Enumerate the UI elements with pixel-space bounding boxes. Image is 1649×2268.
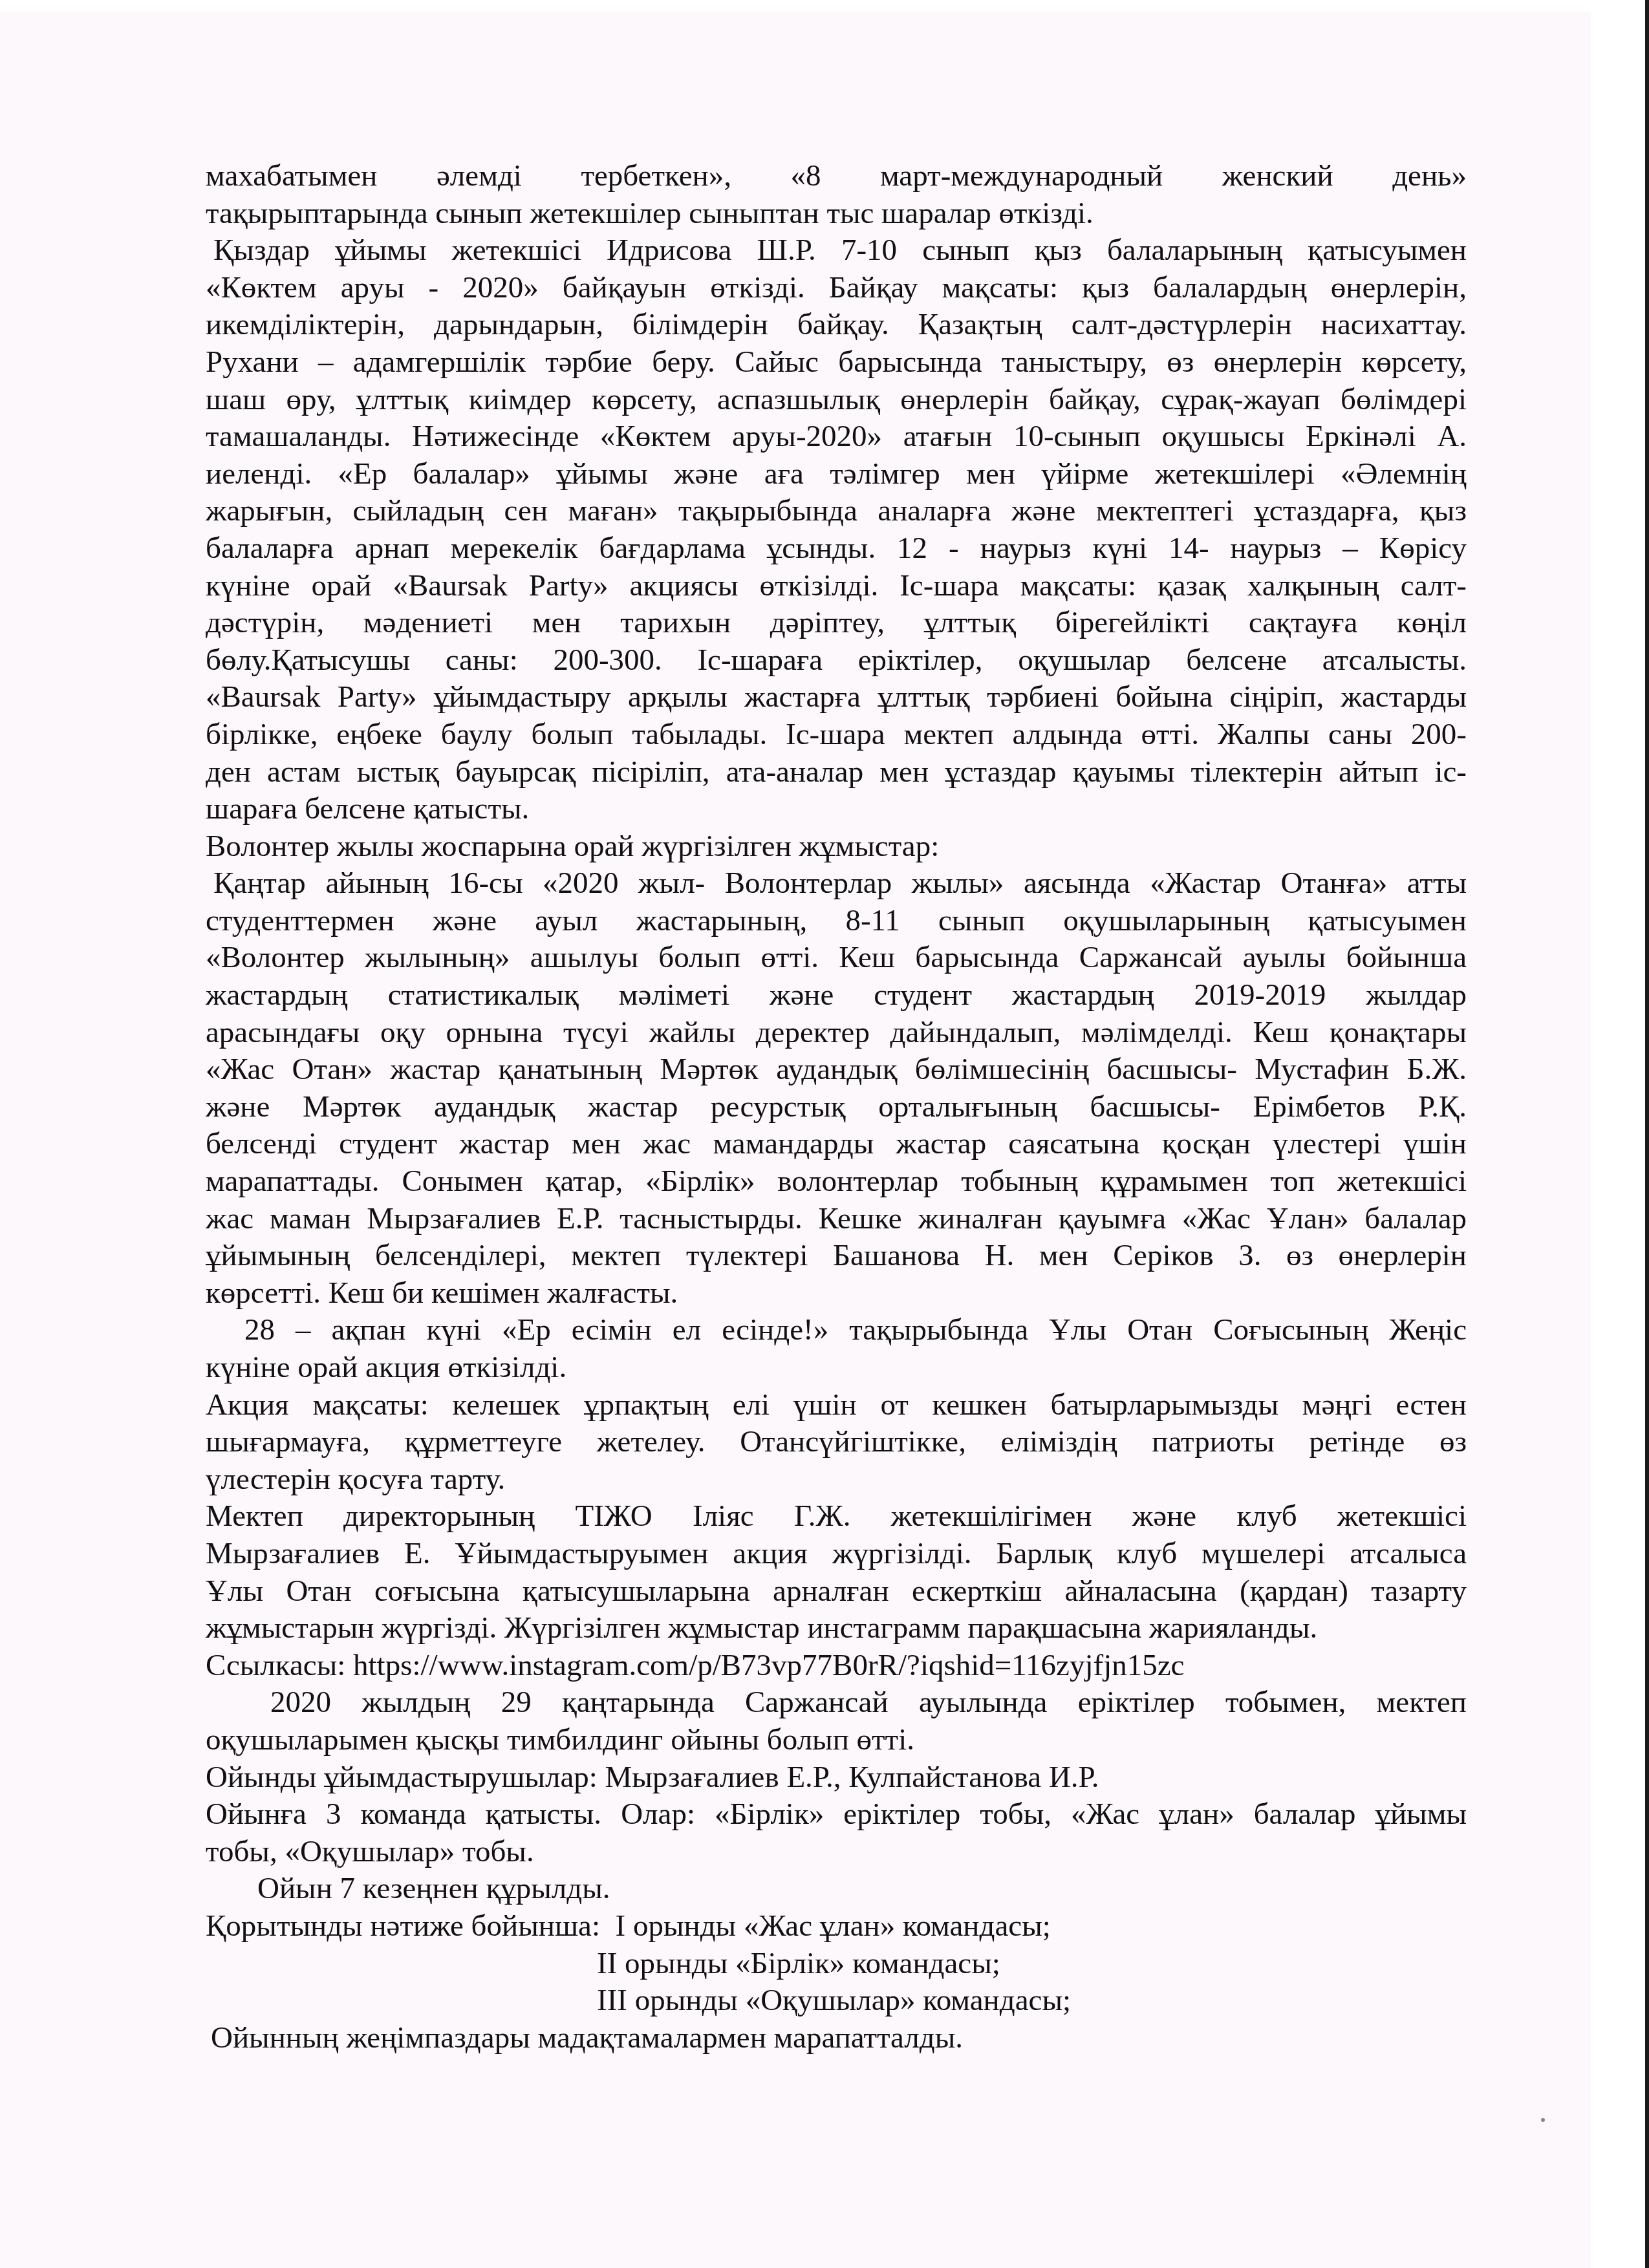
text-line: және Мәртөк аудандық жастар ресурстық ор… [206, 1089, 1467, 1126]
place-third: III орынды «Оқушылар» командасы; [206, 1982, 1467, 2020]
paragraph-girls-organization: Қыздар ұйымы жетекшісі Идрисова Ш.Р. 7-1… [206, 232, 1467, 828]
place-first: I орынды «Жас ұлан» командасы; [616, 1909, 1051, 1943]
text-line: 28 – ақпан күні «Ер есімін ел есінде!» т… [206, 1312, 1467, 1349]
text-line: Мырзағалиев Е. Ұйымдастыруымен акция жүр… [206, 1535, 1467, 1573]
text-line: студенттермен және ауыл жастарының, 8-11… [206, 903, 1467, 940]
text-line: марапаттады. Сонымен қатар, «Бірлік» вол… [206, 1163, 1467, 1201]
text-line: ден астам ыстық бауырсақ пісіріліп, ата-… [206, 754, 1467, 791]
text-line: тобы, «Оқушылар» тобы. [206, 1834, 1467, 1871]
text-line: тамашаланды. Нәтижесінде «Көктем аруы-20… [206, 418, 1467, 456]
text-line: жастардың статистикалық мәліметі және ст… [206, 977, 1467, 1014]
scan-edge-border [1645, 0, 1649, 2268]
text-line: Ұлы Отан соғысына қатысушыларына арналға… [206, 1573, 1467, 1610]
link-label: Ссылкасы: [206, 1649, 345, 1682]
results-intro: Қорытынды нәтиже бойынша: [206, 1909, 600, 1943]
text-line: арасындағы оқу орнына түсуі жайлы дерект… [206, 1014, 1467, 1052]
text-line: жарығын, сыйладың сен маған» тақырыбында… [206, 493, 1467, 530]
text-line: шараға белсене қатысты. [206, 791, 1467, 828]
text-line: ұйымының белсенділері, мектеп түлектері … [206, 1237, 1467, 1275]
text-line: тақырыптарында сынып жетекшілер сыныптан… [206, 195, 1467, 233]
text-line: дәстүрін, мәдениеті мен тарихын дәріптеу… [206, 604, 1467, 642]
text-line: Ойын 7 кезеңнен құрылды. [206, 1870, 1467, 1908]
text-line: бірлікке, еңбеке баулу болып табылады. І… [206, 716, 1467, 754]
paragraph-organizers: Ойынды ұйымдастырушылар: Мырзағалиев Е.Р… [206, 1759, 1467, 1797]
text-line: көрсетті. Кеш би кешімен жалғасты. [206, 1275, 1467, 1312]
text-line: белсенді студент жастар мен жас мамандар… [206, 1126, 1467, 1163]
instagram-link[interactable]: https://www.instagram.com/p/B73vp77B0rR/… [353, 1649, 1184, 1682]
paragraph-volunteer-year-opening: Қаңтар айының 16-сы «2020 жыл- Волонтерл… [206, 865, 1467, 1312]
text-line: Волонтер жылы жоспарына орай жүргізілген… [206, 828, 1467, 866]
paragraph-awards: Ойынның жеңімпаздары мадақтамалармен мар… [206, 2020, 1467, 2057]
section-heading-volunteer-works: Волонтер жылы жоспарына орай жүргізілген… [206, 828, 1467, 866]
text-line: оқушыларымен қысқы тимбилдинг ойыны болы… [206, 1722, 1467, 1759]
instagram-link-line: Ссылкасы: https://www.instagram.com/p/B7… [206, 1647, 1467, 1685]
text-line: балаларға арнап мерекелік бағдарлама ұсы… [206, 530, 1467, 568]
paragraph-action-goal: Акция мақсаты: келешек ұрпақтың елі үшін… [206, 1387, 1467, 1499]
text-line: Мектеп директорының ТІЖО Іліяс Г.Ж. жете… [206, 1498, 1467, 1535]
text-line: «Baursak Party» ұйымдастыру арқылы жаста… [206, 679, 1467, 716]
text-line: Қыздар ұйымы жетекшісі Идрисова Ш.Р. 7-1… [206, 232, 1467, 270]
results-line-first: Қорытынды нәтиже бойынша: I орынды «Жас … [206, 1908, 1467, 1945]
text-line: махабатымен әлемді тербеткен», «8 март-м… [206, 158, 1467, 195]
text-line: Акция мақсаты: келешек ұрпақтың елі үшін… [206, 1387, 1467, 1424]
paragraph-intro-events: махабатымен әлемді тербеткен», «8 март-м… [206, 158, 1467, 232]
text-line: Ойынға 3 команда қатысты. Олар: «Бірлік»… [206, 1796, 1467, 1834]
text-line: икемділіктерін, дарындарын, білімдерін б… [206, 306, 1467, 344]
text-line: Ойынның жеңімпаздары мадақтамалармен мар… [206, 2020, 1467, 2057]
text-line: шаш өру, ұлттық киімдер көрсету, аспазшы… [206, 381, 1467, 419]
text-line: 2020 жылдың 29 қаңтарында Саржансай ауыл… [206, 1684, 1467, 1722]
text-line: «Көктем аруы - 2020» байқауын өткізді. Б… [206, 270, 1467, 307]
text-line: «Жас Отан» жастар қанатының Мәртөк аудан… [206, 1051, 1467, 1089]
document-body: махабатымен әлемді тербеткен», «8 март-м… [206, 158, 1467, 2057]
scan-speck [1541, 2118, 1545, 2122]
paragraph-stages: Ойын 7 кезеңнен құрылды. [206, 1870, 1467, 1908]
paragraph-teambuilding: 2020 жылдың 29 қаңтарында Саржансай ауыл… [206, 1684, 1467, 1759]
text-line: иеленді. «Ер балалар» ұйымы және аға тәл… [206, 456, 1467, 493]
paragraph-club-work: Мектеп директорының ТІЖО Іліяс Г.Ж. жете… [206, 1498, 1467, 1647]
text-line: күніне орай «Baursak Party» акциясы өткі… [206, 568, 1467, 605]
paragraph-teams: Ойынға 3 команда қатысты. Олар: «Бірлік»… [206, 1796, 1467, 1870]
text-line: үлестерін қосуға тарту. [206, 1461, 1467, 1499]
place-second: II орынды «Бірлік» командасы; [206, 1945, 1467, 1983]
text-line: Ойынды ұйымдастырушылар: Мырзағалиев Е.Р… [206, 1759, 1467, 1797]
text-line: Қаңтар айының 16-сы «2020 жыл- Волонтерл… [206, 865, 1467, 903]
text-line: жас маман Мырзағалиев Е.Р. тасныстырды. … [206, 1201, 1467, 1238]
text-line: жұмыстарын жүргізді. Жүргізілген жұмыста… [206, 1610, 1467, 1647]
text-line: шығармауға, құрметтеуге жетелеу. Отансүй… [206, 1424, 1467, 1461]
text-line: Рухани – адамгершілік тәрбие беру. Сайыс… [206, 344, 1467, 381]
scan-margin [1591, 0, 1645, 2268]
text-line: бөлу.Қатысушы саны: 200-300. Іс-шараға е… [206, 642, 1467, 679]
results-list: Қорытынды нәтиже бойынша: I орынды «Жас … [206, 1908, 1467, 2020]
paragraph-memorial-action: 28 – ақпан күні «Ер есімін ел есінде!» т… [206, 1312, 1467, 1386]
text-line: күніне орай акция өткізілді. [206, 1349, 1467, 1387]
text-line: «Волонтер жылының» ашылуы болып өтті. Ке… [206, 939, 1467, 977]
